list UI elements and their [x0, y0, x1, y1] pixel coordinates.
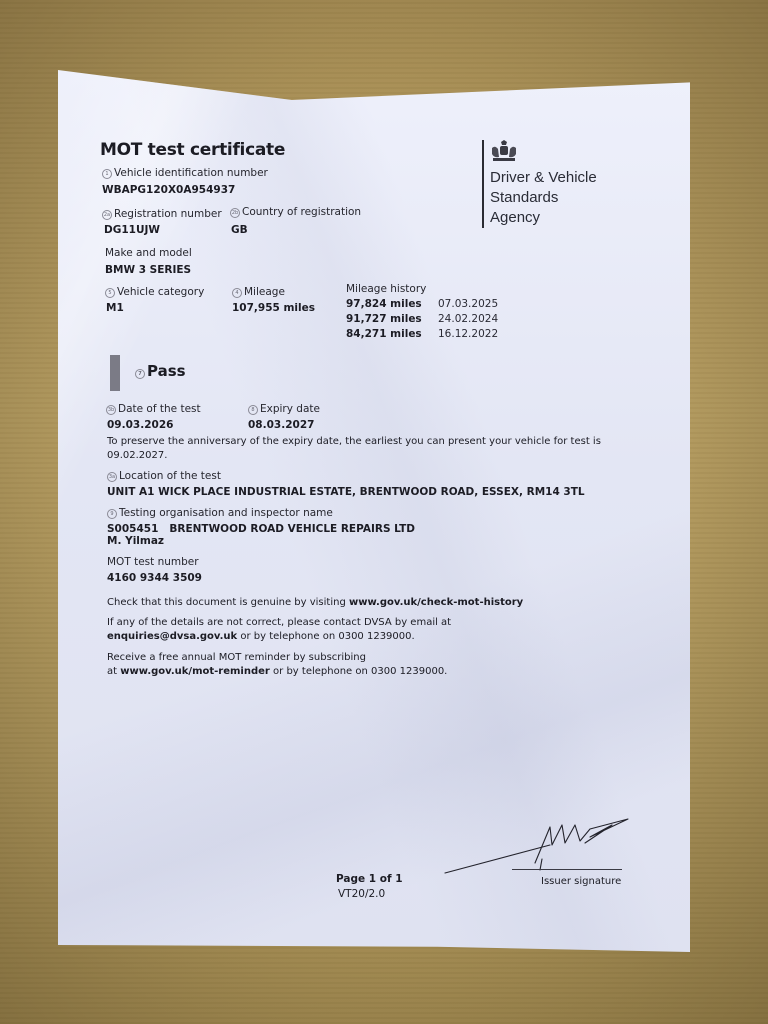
- location-label: 3aLocation of the test: [107, 470, 221, 482]
- section-2a-icon: 2a: [102, 210, 112, 220]
- make-model-value: BMW 3 SERIES: [105, 264, 191, 276]
- section-5-icon: 5: [105, 288, 115, 298]
- mot-reminder-link[interactable]: www.gov.uk/mot-reminder: [120, 666, 270, 677]
- organisation-name: BRENTWOOD ROAD VEHICLE REPAIRS LTD: [169, 523, 415, 535]
- dvsa-email-link[interactable]: enquiries@dvsa.gov.uk: [107, 631, 237, 642]
- location-value: UNIT A1 WICK PLACE INDUSTRIAL ESTATE, BR…: [107, 486, 585, 498]
- test-date-value: 09.03.2026: [107, 419, 173, 431]
- result-status-bar: [110, 355, 120, 391]
- vin-value: WBAPG120X0A954937: [102, 184, 235, 196]
- issuer-divider: [482, 140, 484, 228]
- expiry-date-label: 8Expiry date: [248, 403, 320, 415]
- tester-label: 9Testing organisation and inspector name: [107, 507, 333, 519]
- section-9-icon: 9: [107, 509, 117, 519]
- document-title: MOT test certificate: [100, 140, 285, 160]
- mot-certificate: MOT test certificate Driver & Vehicle St…: [0, 0, 768, 1024]
- anniversary-date: 09.02.2027.: [107, 450, 167, 461]
- mileage-value: 107,955 miles: [232, 302, 315, 314]
- section-8-icon: 8: [248, 405, 258, 415]
- signature-line: [512, 869, 622, 870]
- mileage-history-label: Mileage history: [346, 283, 498, 295]
- result-status: 7Pass: [135, 362, 186, 380]
- country-label: 2bCountry of registration: [230, 206, 361, 218]
- mileage-history: Mileage history 97,824 miles 07.03.2025 …: [346, 283, 498, 340]
- section-4-icon: 4: [232, 288, 242, 298]
- page-number: Page 1 of 1: [336, 873, 403, 885]
- section-3a-icon: 3a: [107, 472, 117, 482]
- expiry-date-value: 08.03.2027: [248, 419, 314, 431]
- test-number-value: 4160 9344 3509: [107, 572, 202, 584]
- anniversary-note: To preserve the anniversary of the expir…: [107, 436, 601, 447]
- organisation-code: S005451: [107, 523, 158, 535]
- reminder-note-line1: Receive a free annual MOT reminder by su…: [107, 652, 366, 663]
- contact-note-line2: enquiries@dvsa.gov.uk or by telephone on…: [107, 631, 415, 642]
- tester-organisation: S005451 BRENTWOOD ROAD VEHICLE REPAIRS L…: [107, 523, 415, 535]
- test-number-label: MOT test number: [107, 556, 199, 568]
- royal-crest-icon: [489, 140, 519, 164]
- issuer-name: Driver & Vehicle Standards Agency: [490, 168, 597, 228]
- mileage-history-row: 97,824 miles 07.03.2025: [346, 298, 498, 310]
- mileage-history-row: 84,271 miles 16.12.2022: [346, 328, 498, 340]
- issuer-signature-label: Issuer signature: [541, 876, 621, 887]
- country-value: GB: [231, 224, 248, 236]
- section-2b-icon: 2b: [230, 208, 240, 218]
- section-1-icon: 1: [102, 169, 112, 179]
- registration-value: DG11UJW: [104, 224, 160, 236]
- inspector-name: M. Yilmaz: [107, 535, 164, 547]
- section-3b-icon: 3b: [106, 405, 116, 415]
- mileage-history-row: 91,727 miles 24.02.2024: [346, 313, 498, 325]
- form-code: VT20/2.0: [338, 888, 385, 900]
- category-label: 5Vehicle category: [105, 286, 204, 298]
- genuine-check-note: Check that this document is genuine by v…: [107, 597, 523, 608]
- registration-label: 2aRegistration number: [102, 208, 222, 220]
- make-model-label: Make and model: [105, 247, 192, 259]
- contact-note-line1: If any of the details are not correct, p…: [107, 617, 451, 628]
- vin-label: 1Vehicle identification number: [102, 167, 268, 179]
- check-mot-history-link[interactable]: www.gov.uk/check-mot-history: [349, 597, 523, 608]
- mileage-label: 4Mileage: [232, 286, 285, 298]
- category-value: M1: [106, 302, 124, 314]
- test-date-label: 3bDate of the test: [106, 403, 201, 415]
- section-7-icon: 7: [135, 369, 145, 379]
- reminder-note-line2: at www.gov.uk/mot-reminder or by telepho…: [107, 666, 447, 677]
- issuer-signature-mark: [440, 815, 640, 877]
